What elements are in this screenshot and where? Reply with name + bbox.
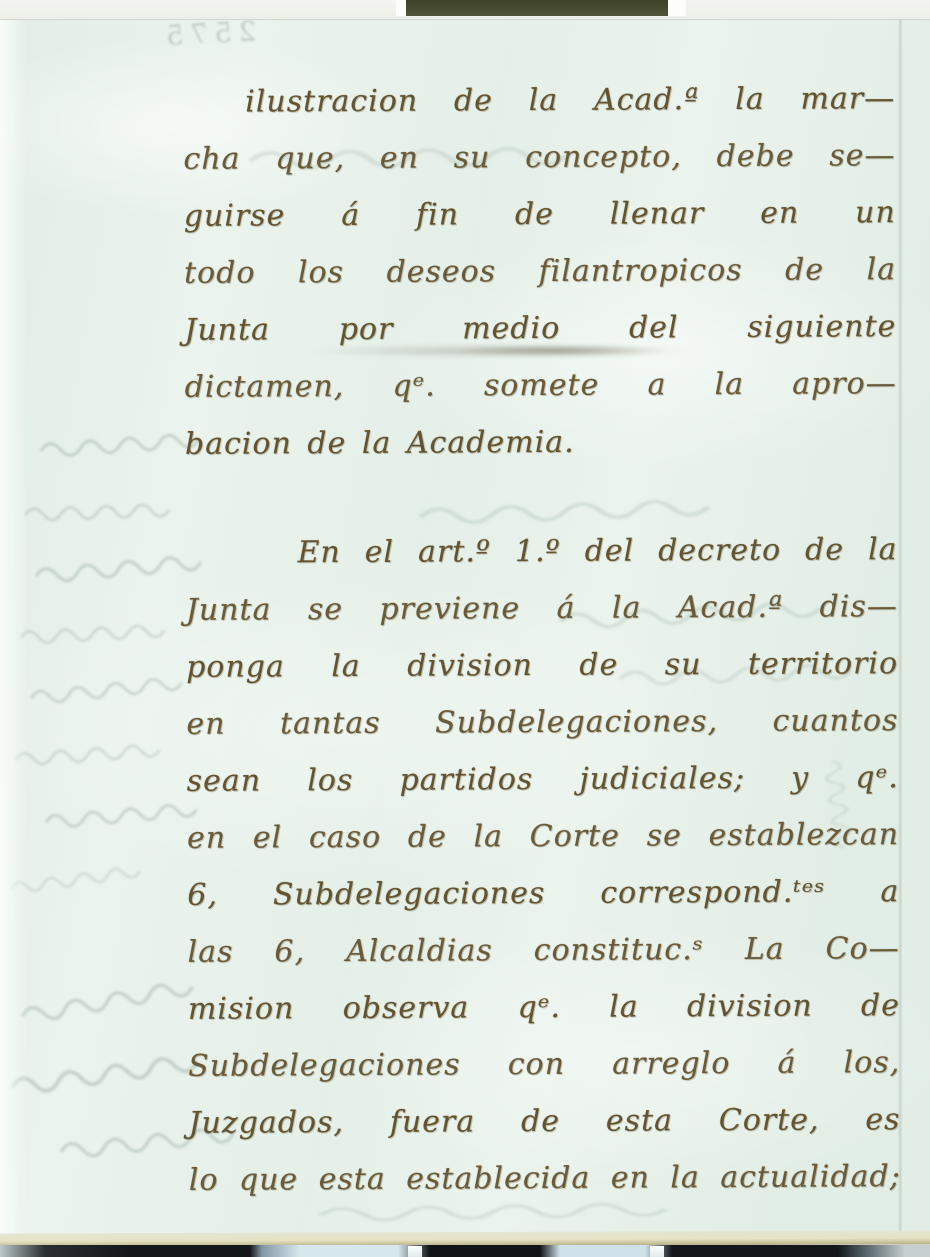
manuscript-line: mision observa qᵉ. la division de [188, 977, 900, 1038]
scanner-clamp-bottom-left [408, 1246, 422, 1257]
manuscript-line: en tantas Subdelegaciones, cuantos [186, 692, 898, 753]
manuscript-paragraph-1: ilustracion de la Acad.ª la mar—cha que,… [183, 70, 897, 473]
scanner-clamp-bottom-right [650, 1246, 664, 1257]
manuscript-line: guirse á fin de llenar en un [184, 184, 896, 245]
paper-fold-crease [898, 16, 903, 1231]
manuscript-paragraph-2: En el art.º 1.º del decreto de laJunta s… [185, 521, 901, 1209]
manuscript-line: en el caso de la Corte se establezcan [187, 806, 899, 867]
manuscript-line: sean los partidos judiciales; y qᵉ. [187, 749, 899, 810]
manuscript-line: ponga la division de su territorio [186, 635, 898, 696]
manuscript-line: bacion de la Academia. [185, 412, 897, 473]
scanned-manuscript-page: 2575 ilustracion de la Acad.ª la mar—cha… [0, 0, 930, 1257]
manuscript-line: cha que, en su concepto, debe se— [183, 127, 895, 188]
manuscript-line: las 6, Alcaldias constituc.ˢ La Co— [187, 920, 899, 981]
manuscript-text: ilustracion de la Acad.ª la mar—cha que,… [183, 70, 901, 1209]
manuscript-line: Junta por medio del siguiente [184, 298, 896, 359]
manuscript-line: Junta se previene á la Acad.ª dis— [186, 578, 898, 639]
paper-left-edge-highlight [0, 14, 28, 1235]
manuscript-line: ilustracion de la Acad.ª la mar— [183, 70, 895, 131]
manuscript-line: Juzgados, fuera de esta Corte, es [188, 1091, 900, 1152]
manuscript-line: 6, Subdelegaciones correspond.ᵗᵉˢ a [187, 863, 899, 924]
scanner-clamp-top [396, 0, 686, 16]
manuscript-line: lo que esta establecida en la actualidad… [189, 1148, 901, 1209]
manuscript-line: todo los deseos filantropicos de la [184, 241, 896, 302]
manuscript-line: Subdelegaciones con arreglo á los, [188, 1034, 900, 1095]
manuscript-line: dictamen, qᵉ. somete a la apro— [185, 355, 897, 416]
manuscript-line: En el art.º 1.º del decreto de la [185, 521, 897, 582]
scanner-bottom-shadow [0, 1245, 930, 1257]
